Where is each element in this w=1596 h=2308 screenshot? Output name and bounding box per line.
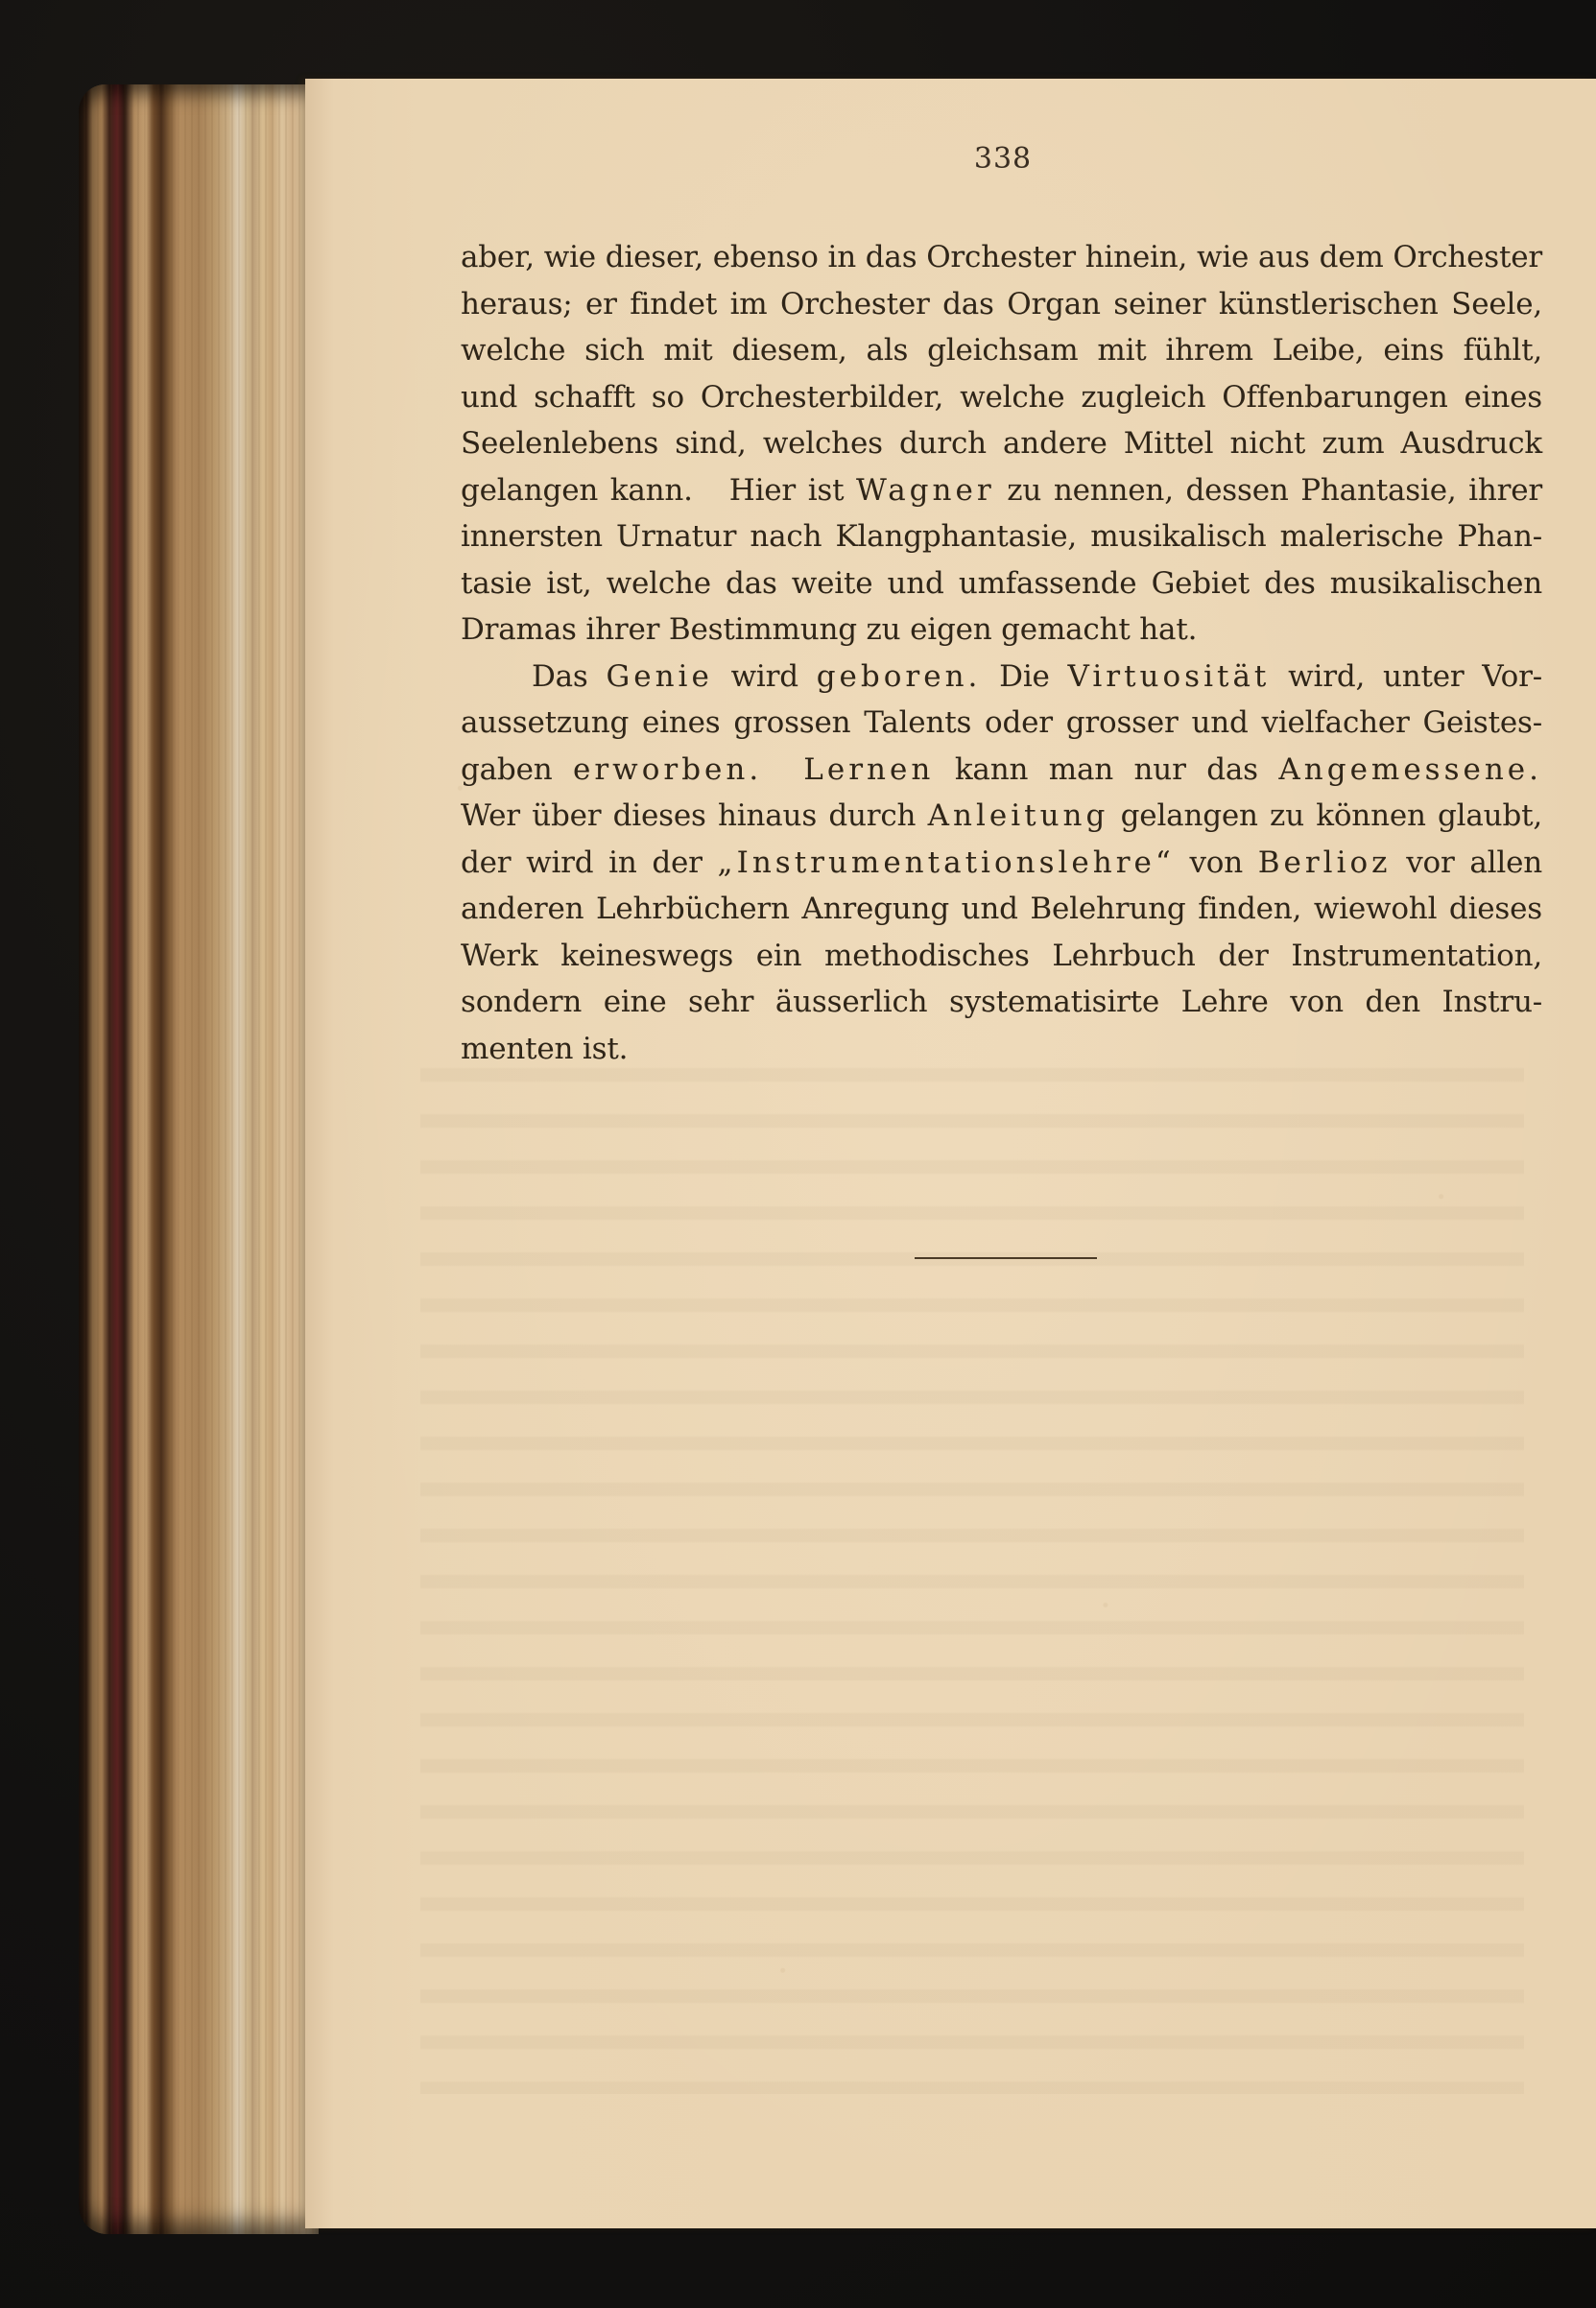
text-line-with-emphasis: Wer über dieses hinaus durch Anleitung g… (461, 793, 1542, 840)
section-end-rule (915, 1257, 1097, 1259)
text-fragment: vor allen (1392, 845, 1542, 880)
book-page: 338 aber, wie dieser, ebenso in das Orch… (305, 79, 1596, 2228)
paragraph-1: aber, wie dieser, ebenso in das Orcheste… (461, 234, 1542, 654)
paragraph-2: Das Genie wird geboren. Die Virtuosität … (461, 654, 1542, 1073)
text-line-with-emphasis: der wird in der „Instrumentationslehre“ … (461, 840, 1542, 887)
text-line: Seelenlebens sind, welches durch andere … (461, 420, 1542, 467)
text-fragment: Wer über dieses hinaus durch (461, 798, 928, 833)
text-fragment: gaben (461, 752, 573, 787)
emphasis-anleitung: Anleitung (928, 798, 1109, 833)
emphasis-geboren: geboren. (817, 659, 982, 694)
text-line: innersten Urnatur nach Klangphantasie, m… (461, 513, 1542, 560)
emphasis-lernen: Lernen (803, 752, 934, 787)
text-line-with-emphasis: gaben erworben. Lernen kann man nur das … (461, 747, 1542, 794)
text-fragment: zu nennen, dessen Phantasie, ihrer (995, 473, 1542, 508)
text-line: anderen Lehrbüchern Anregung und Belehru… (461, 886, 1542, 933)
text-line: welche sich mit diesem, als gleichsam mi… (461, 327, 1542, 374)
text-line: Werk keineswegs ein methodisches Lehrbuc… (461, 933, 1542, 980)
text-line: Dramas ihrer Bestimmung zu eigen gemacht… (461, 607, 1542, 654)
text-line: sondern eine sehr äusserlich systematisi… (461, 979, 1542, 1026)
text-fragment: gelangen kann. Hier ist (461, 473, 856, 508)
text-fragment: gelangen zu können glaubt, (1108, 798, 1542, 833)
text-line: heraus; er findet im Orchester das Organ… (461, 281, 1542, 328)
emphasis-angemessene: Angemessene. (1278, 752, 1542, 787)
text-fragment: von (1175, 845, 1258, 880)
text-fragment: kann man nur das (934, 752, 1278, 787)
text-fragment: Das (532, 659, 606, 694)
text-fragment (762, 752, 803, 787)
text-fragment: wird (713, 659, 817, 694)
text-line-with-emphasis: gelangen kann. Hier ist Wagner zu nennen… (461, 467, 1542, 514)
text-fragment: der wird in der (461, 845, 718, 880)
bleed-through-texture (420, 1038, 1524, 2094)
emphasis-virtuositaet: Virtuosität (1068, 659, 1271, 694)
book-fore-edge-stack (79, 84, 319, 2234)
text-line: aussetzung eines grossen Talents oder gr… (461, 700, 1542, 747)
page-number: 338 (305, 142, 1596, 176)
text-line: tasie ist, welche das weite und umfassen… (461, 560, 1542, 607)
text-line: aber, wie dieser, ebenso in das Orcheste… (461, 234, 1542, 281)
text-line: und schafft so Orchesterbilder, welche z… (461, 374, 1542, 421)
body-text: aber, wie dieser, ebenso in das Orcheste… (461, 234, 1542, 1072)
text-fragment: Die (981, 659, 1067, 694)
emphasis-wagner: Wagner (856, 473, 995, 508)
text-line-with-emphasis: Das Genie wird geboren. Die Virtuosität … (461, 654, 1542, 701)
emphasis-genie: Genie (606, 659, 712, 694)
emphasis-berlioz: Berlioz (1258, 845, 1392, 880)
emphasis-instrumentationslehre: „Instrumentationslehre“ (718, 845, 1175, 880)
emphasis-erworben: erworben. (573, 752, 762, 787)
text-line: menten ist. (461, 1026, 1542, 1073)
text-fragment: wird, unter Vor- (1270, 659, 1542, 694)
